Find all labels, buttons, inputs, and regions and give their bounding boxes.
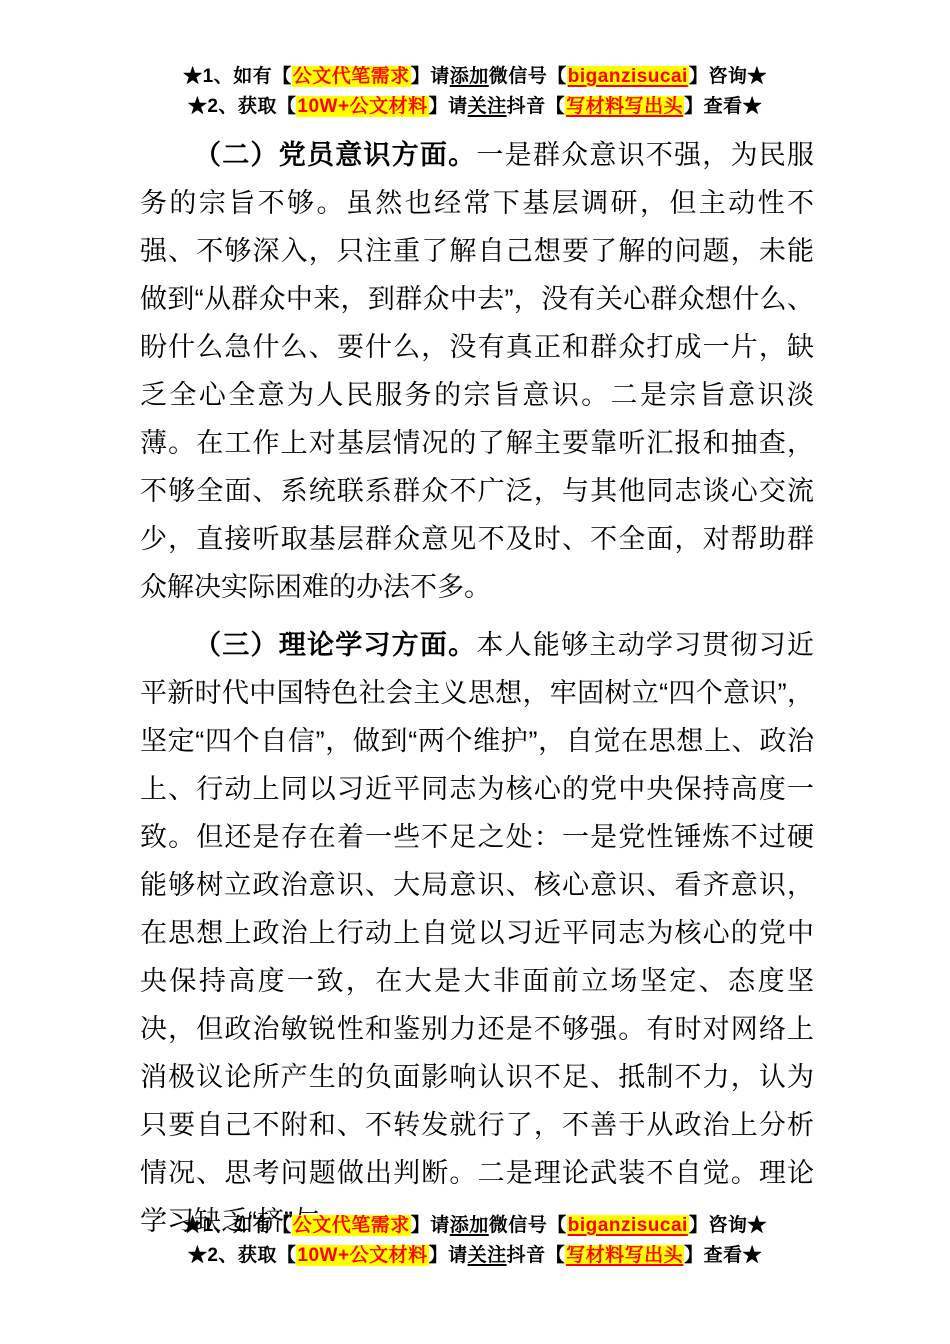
header-promo-line-2: ★2、获取【10W+公文材料】请关注抖音【写材料写出头】查看★: [0, 92, 950, 122]
highlight-materials-tag: 10W+公文材料: [296, 1245, 428, 1266]
promo-prefix: ★2、获取【: [188, 96, 297, 117]
promo-text: 】请: [429, 96, 468, 117]
underlined-add-word: 添加: [450, 1215, 489, 1236]
footer-promo-line-2: ★2、获取【10W+公文材料】请关注抖音【写材料写出头】查看★: [0, 1241, 950, 1271]
douyin-account-link: 写材料写出头: [565, 96, 684, 117]
promo-prefix: ★1、如有【: [183, 66, 292, 87]
promo-text: 】请: [411, 66, 450, 87]
promo-text: 微信号【: [489, 1215, 567, 1236]
paragraph-text: 一是群众意识不强，为民服务的宗旨不够。虽然也经常下基层调研，但主动性不强、不够深…: [140, 140, 814, 602]
footer-promo-line-1: ★1、如有【公文代笔需求】请添加微信号【biganzisucai】咨询★: [0, 1211, 950, 1241]
promo-text: 微信号【: [489, 66, 567, 87]
highlight-writing-service-tag: 公文代笔需求: [292, 1215, 411, 1236]
promo-suffix: 】查看★: [684, 1245, 762, 1266]
document-page: ★1、如有【公文代笔需求】请添加微信号【biganzisucai】咨询★ ★2、…: [0, 0, 950, 1344]
underlined-follow-word: 关注: [468, 1245, 507, 1266]
douyin-account-link: 写材料写出头: [565, 1245, 684, 1266]
promo-prefix: ★1、如有【: [183, 1215, 292, 1236]
paragraph-heading: （三）理论学习方面。: [194, 630, 476, 660]
footer-promo-banner: ★1、如有【公文代笔需求】请添加微信号【biganzisucai】咨询★ ★2、…: [0, 1211, 950, 1271]
paragraph-text: 本人能够主动学习贯彻习近平新时代中国特色社会主义思想，牢固树立“四个意识”，坚定…: [140, 630, 814, 1236]
wechat-id-link: biganzisucai: [567, 1215, 689, 1236]
underlined-add-word: 添加: [450, 66, 489, 87]
header-promo-line-1: ★1、如有【公文代笔需求】请添加微信号【biganzisucai】咨询★: [0, 62, 950, 92]
promo-suffix: 】咨询★: [689, 1215, 767, 1236]
promo-suffix: 】咨询★: [689, 66, 767, 87]
promo-suffix: 】查看★: [684, 96, 762, 117]
paragraph-theory-study: （三）理论学习方面。本人能够主动学习贯彻习近平新时代中国特色社会主义思想，牢固树…: [140, 621, 814, 1245]
header-promo-banner: ★1、如有【公文代笔需求】请添加微信号【biganzisucai】咨询★ ★2、…: [0, 62, 950, 122]
promo-text: 抖音【: [507, 96, 566, 117]
highlight-writing-service-tag: 公文代笔需求: [292, 66, 411, 87]
promo-prefix: ★2、获取【: [188, 1245, 297, 1266]
highlight-materials-tag: 10W+公文材料: [296, 96, 428, 117]
promo-text: 抖音【: [507, 1245, 566, 1266]
paragraph-heading: （二）党员意识方面。: [194, 140, 476, 170]
underlined-follow-word: 关注: [468, 96, 507, 117]
promo-text: 】请: [429, 1245, 468, 1266]
wechat-id-link: biganzisucai: [567, 66, 689, 87]
paragraph-party-member-awareness: （二）党员意识方面。一是群众意识不强，为民服务的宗旨不够。虽然也经常下基层调研，…: [140, 131, 814, 611]
document-body: （二）党员意识方面。一是群众意识不强，为民服务的宗旨不够。虽然也经常下基层调研，…: [140, 131, 814, 1245]
promo-text: 】请: [411, 1215, 450, 1236]
